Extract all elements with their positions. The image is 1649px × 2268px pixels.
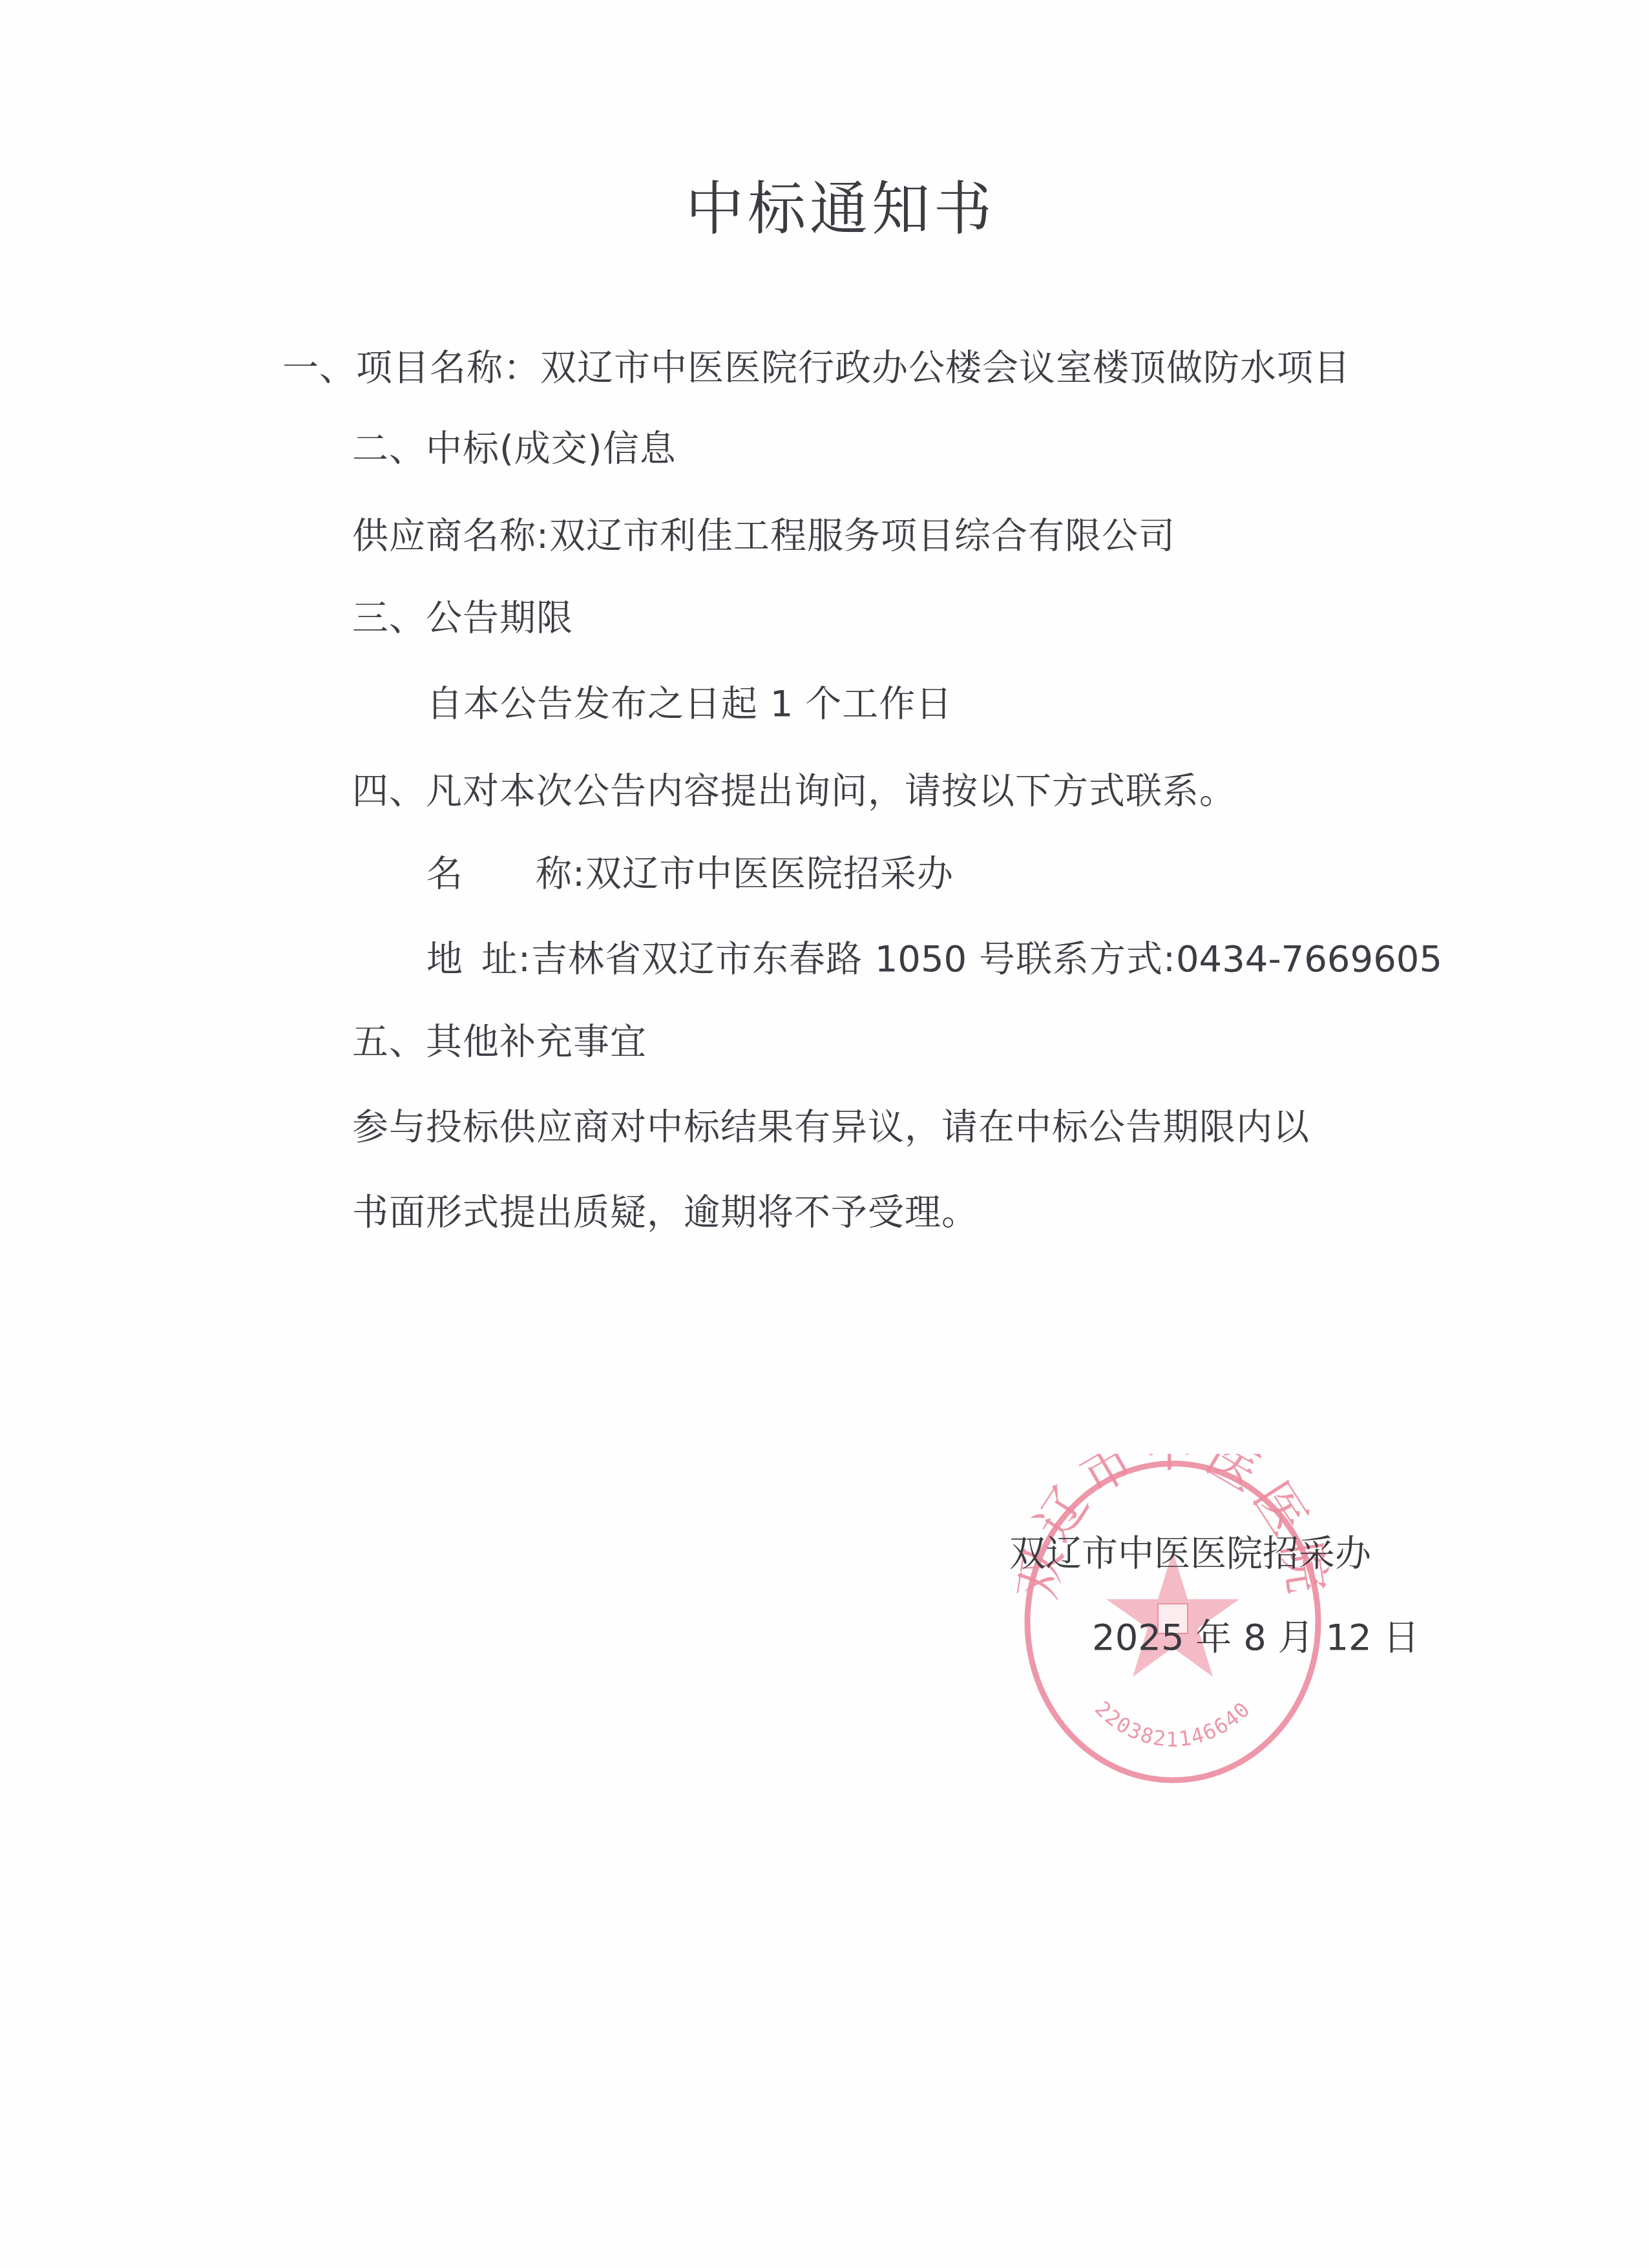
- date-month-unit: 月: [1278, 1617, 1314, 1659]
- contact-address-line: 地址:吉林省双辽市东春路 1050 号联系方式:0434-7669605: [426, 937, 1442, 982]
- date-day: 12: [1325, 1617, 1371, 1659]
- supplier-line: 供应商名称:双辽市利佳工程服务项目综合有限公司: [352, 514, 1175, 559]
- contact-heading: 四、凡对本次公告内容提出询问，请按以下方式联系。: [352, 769, 1236, 814]
- other-text-line-1: 参与投标供应商对中标结果有异议，请在中标公告期限内以: [352, 1105, 1310, 1150]
- notice-period-prefix: 自本公告发布之日起: [426, 683, 758, 725]
- signature-organization: 双辽市中医医院招采办: [1009, 1531, 1371, 1577]
- contact-name-label-1: 名: [426, 853, 463, 895]
- date-month: 8: [1243, 1617, 1266, 1659]
- notice-period-text: 自本公告发布之日起 1 个工作日: [426, 682, 952, 727]
- contact-address-label-1: 地: [426, 938, 463, 980]
- contact-name-value: 双辽市中医医院招采办: [585, 853, 954, 895]
- project-name-label: 一、项目名称：: [282, 347, 540, 389]
- contact-name-label-2: 称:: [536, 853, 585, 895]
- svg-text:2203821146640: 2203821146640: [1090, 1696, 1255, 1751]
- supplier-label: 供应商名称:: [352, 515, 549, 557]
- other-heading: 五、其他补充事宜: [352, 1020, 647, 1065]
- award-info-heading: 二、中标(成交)信息: [352, 426, 677, 472]
- notice-period-heading: 三、公告期限: [352, 596, 573, 641]
- contact-address-suffix: 号联系方式:: [979, 938, 1176, 980]
- contact-address-label-2: 址:: [481, 938, 531, 980]
- document-page: 中标通知书 一、项目名称：双辽市中医医院行政办公楼会议室楼顶做防水项目 二、中标…: [0, 0, 1649, 2268]
- notice-period-days: 1: [770, 683, 793, 725]
- contact-address-number: 1050: [875, 938, 967, 980]
- project-name-line: 一、项目名称：双辽市中医医院行政办公楼会议室楼顶做防水项目: [282, 346, 1350, 391]
- contact-name-line: 名称:双辽市中医医院招采办: [426, 852, 954, 897]
- supplier-value: 双辽市利佳工程服务项目综合有限公司: [549, 515, 1175, 557]
- document-title: 中标通知书: [0, 162, 1649, 246]
- notice-period-suffix: 个工作日: [805, 683, 952, 725]
- contact-phone: 0434-7669605: [1176, 938, 1442, 980]
- signature-date: 2025 年 8 月 12 日: [1092, 1615, 1419, 1661]
- other-text-line-2: 书面形式提出质疑，逾期将不予受理。: [352, 1190, 978, 1235]
- project-name-value: 双辽市中医医院行政办公楼会议室楼顶做防水项目: [540, 347, 1350, 389]
- date-year: 2025: [1092, 1617, 1184, 1659]
- date-year-unit: 年: [1195, 1617, 1232, 1659]
- contact-address-prefix: 吉林省双辽市东春路: [531, 938, 863, 980]
- date-day-unit: 日: [1383, 1617, 1419, 1659]
